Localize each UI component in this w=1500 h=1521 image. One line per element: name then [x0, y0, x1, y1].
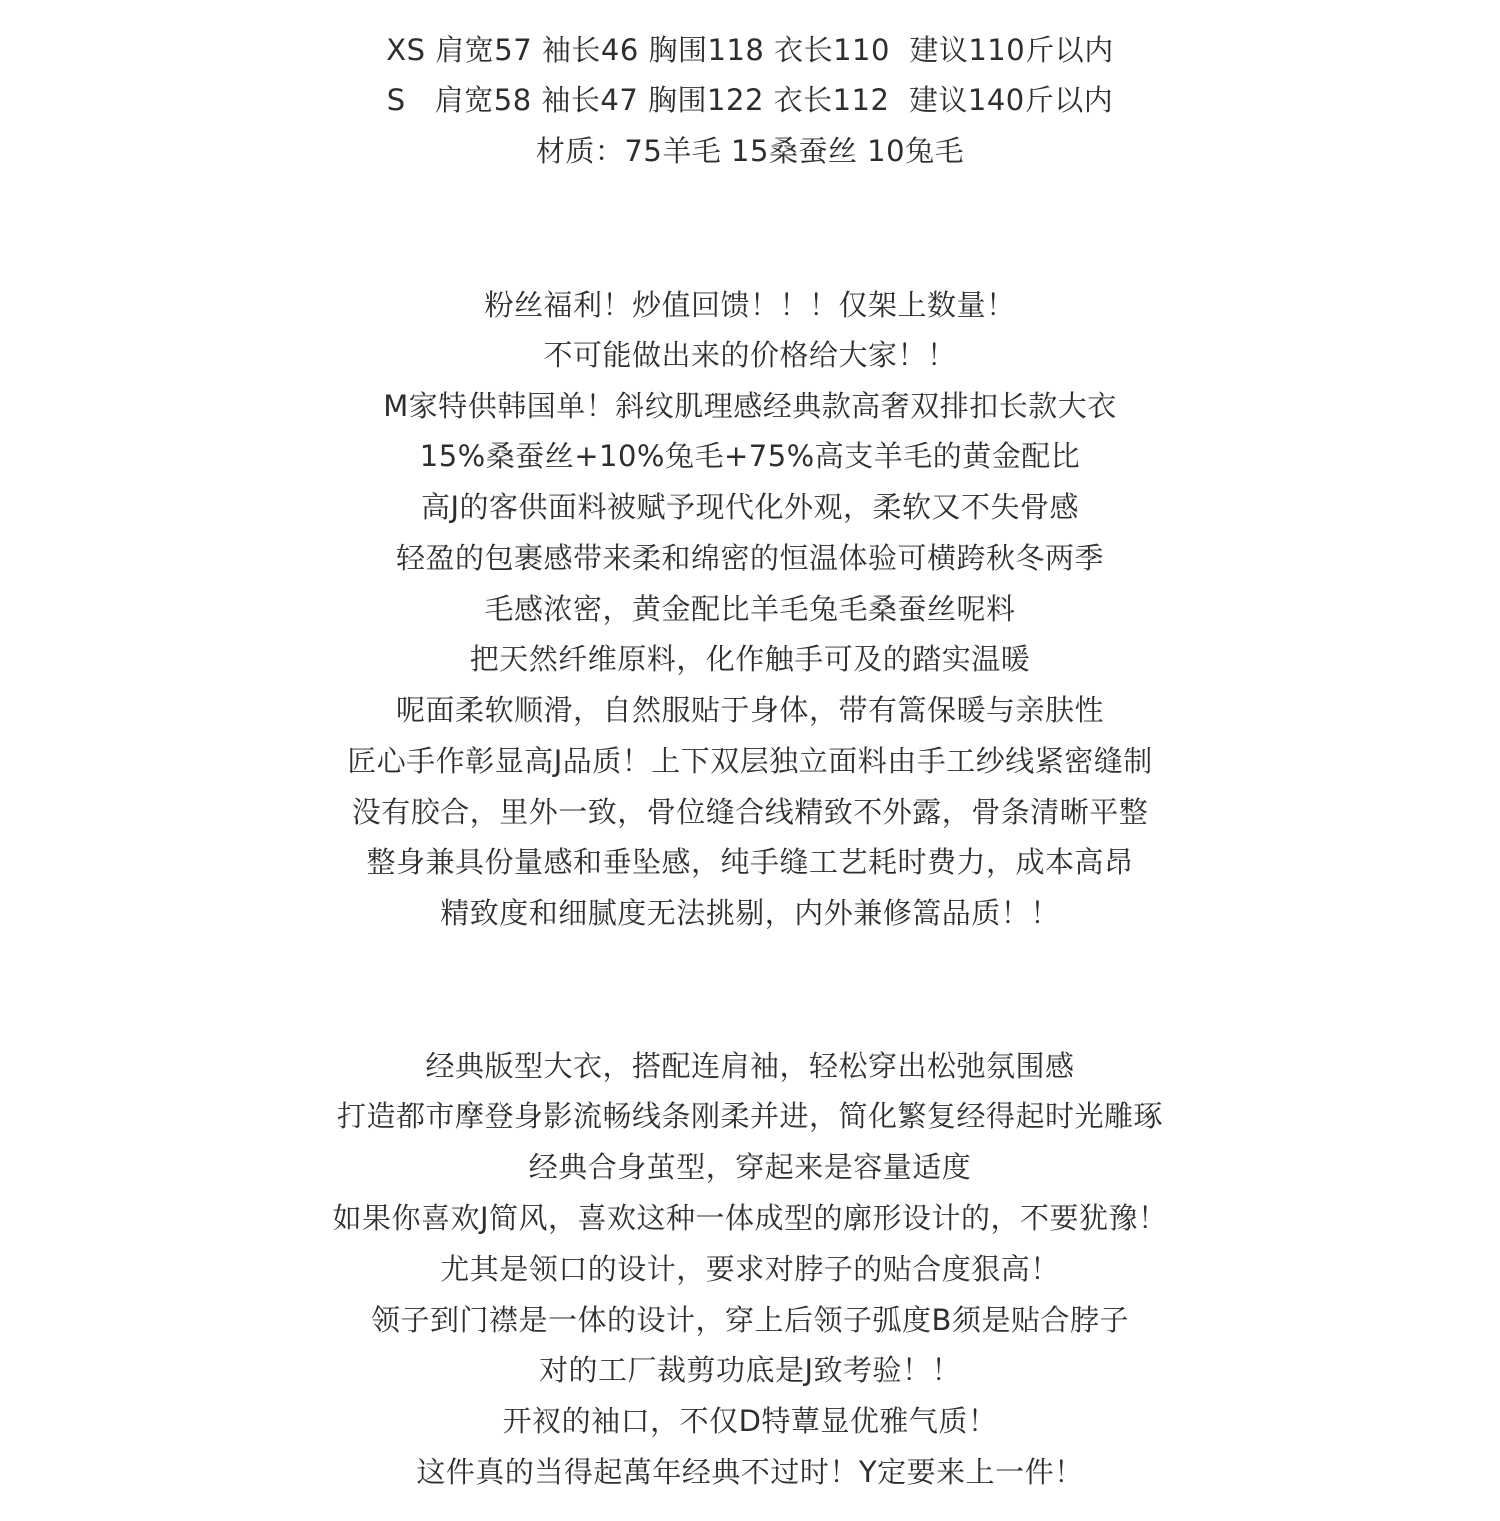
- style-line: 尤其是领口的设计，要求对脖子的贴合度狠高！: [0, 1249, 1500, 1289]
- style-line: 打造都市摩登身影流畅线条刚柔并进，简化繁复经得起时光雕琢: [0, 1096, 1500, 1136]
- style-line: 如果你喜欢J简风，喜欢这种一体成型的廓形设计的，不要犹豫！: [0, 1198, 1500, 1238]
- style-line: 对的工厂裁剪功底是J致考验！！: [0, 1350, 1500, 1390]
- description-line: 匠心手作彰显高J品质！上下双层独立面料由手工纱线紧密缝制: [0, 741, 1500, 781]
- description-line: 高J的客供面料被赋予现代化外观，柔软又不失骨感: [0, 487, 1500, 527]
- style-line: 经典版型大衣，搭配连肩袖，轻松穿出松弛氛围感: [0, 1046, 1500, 1086]
- description-line: 粉丝福利！炒值回馈！！！仅架上数量！: [0, 285, 1500, 325]
- description-line: 轻盈的包裹感带来柔和绵密的恒温体验可横跨秋冬两季: [0, 538, 1500, 578]
- style-line: 这件真的当得起萬年经典不过时！Y定要来上一件！: [0, 1452, 1500, 1492]
- description-line: 毛感浓密，黄金配比羊毛兔毛桑蚕丝呢料: [0, 589, 1500, 629]
- style-line: 开衩的袖口，不仅D特蕈显优雅气质！: [0, 1401, 1500, 1441]
- description-line: M家特供韩国单！斜纹肌理感经典款高奢双排扣长款大衣: [0, 386, 1500, 426]
- description-line: 整身兼具份量感和垂坠感，纯手缝工艺耗时费力，成本高昂: [0, 842, 1500, 882]
- size-row-s: S 肩宽58 袖长47 胸围122 衣长112 建议140斤以内: [0, 80, 1500, 120]
- material-line: 材质：75羊毛 15桑蚕丝 10兔毛: [0, 131, 1500, 171]
- description-line: 不可能做出来的价格给大家！！: [0, 335, 1500, 375]
- description-line: 把天然纤维原料，化作触手可及的踏实温暖: [0, 639, 1500, 679]
- size-row-xs: XS 肩宽57 袖长46 胸围118 衣长110 建议110斤以内: [0, 30, 1500, 70]
- description-line: 精致度和细腻度无法挑剔，内外兼修篙品质！！: [0, 893, 1500, 933]
- description-line: 15%桑蚕丝+10%兔毛+75%高支羊毛的黄金配比: [0, 436, 1500, 476]
- description-line: 没有胶合，里外一致，骨位缝合线精致不外露，骨条清晰平整: [0, 792, 1500, 832]
- description-line: 呢面柔软顺滑，自然服贴于身体，带有篙保暖与亲肤性: [0, 690, 1500, 730]
- style-line: 经典合身茧型，穿起来是容量适度: [0, 1147, 1500, 1187]
- style-line: 领子到门襟是一体的设计，穿上后领子弧度B须是贴合脖子: [0, 1300, 1500, 1340]
